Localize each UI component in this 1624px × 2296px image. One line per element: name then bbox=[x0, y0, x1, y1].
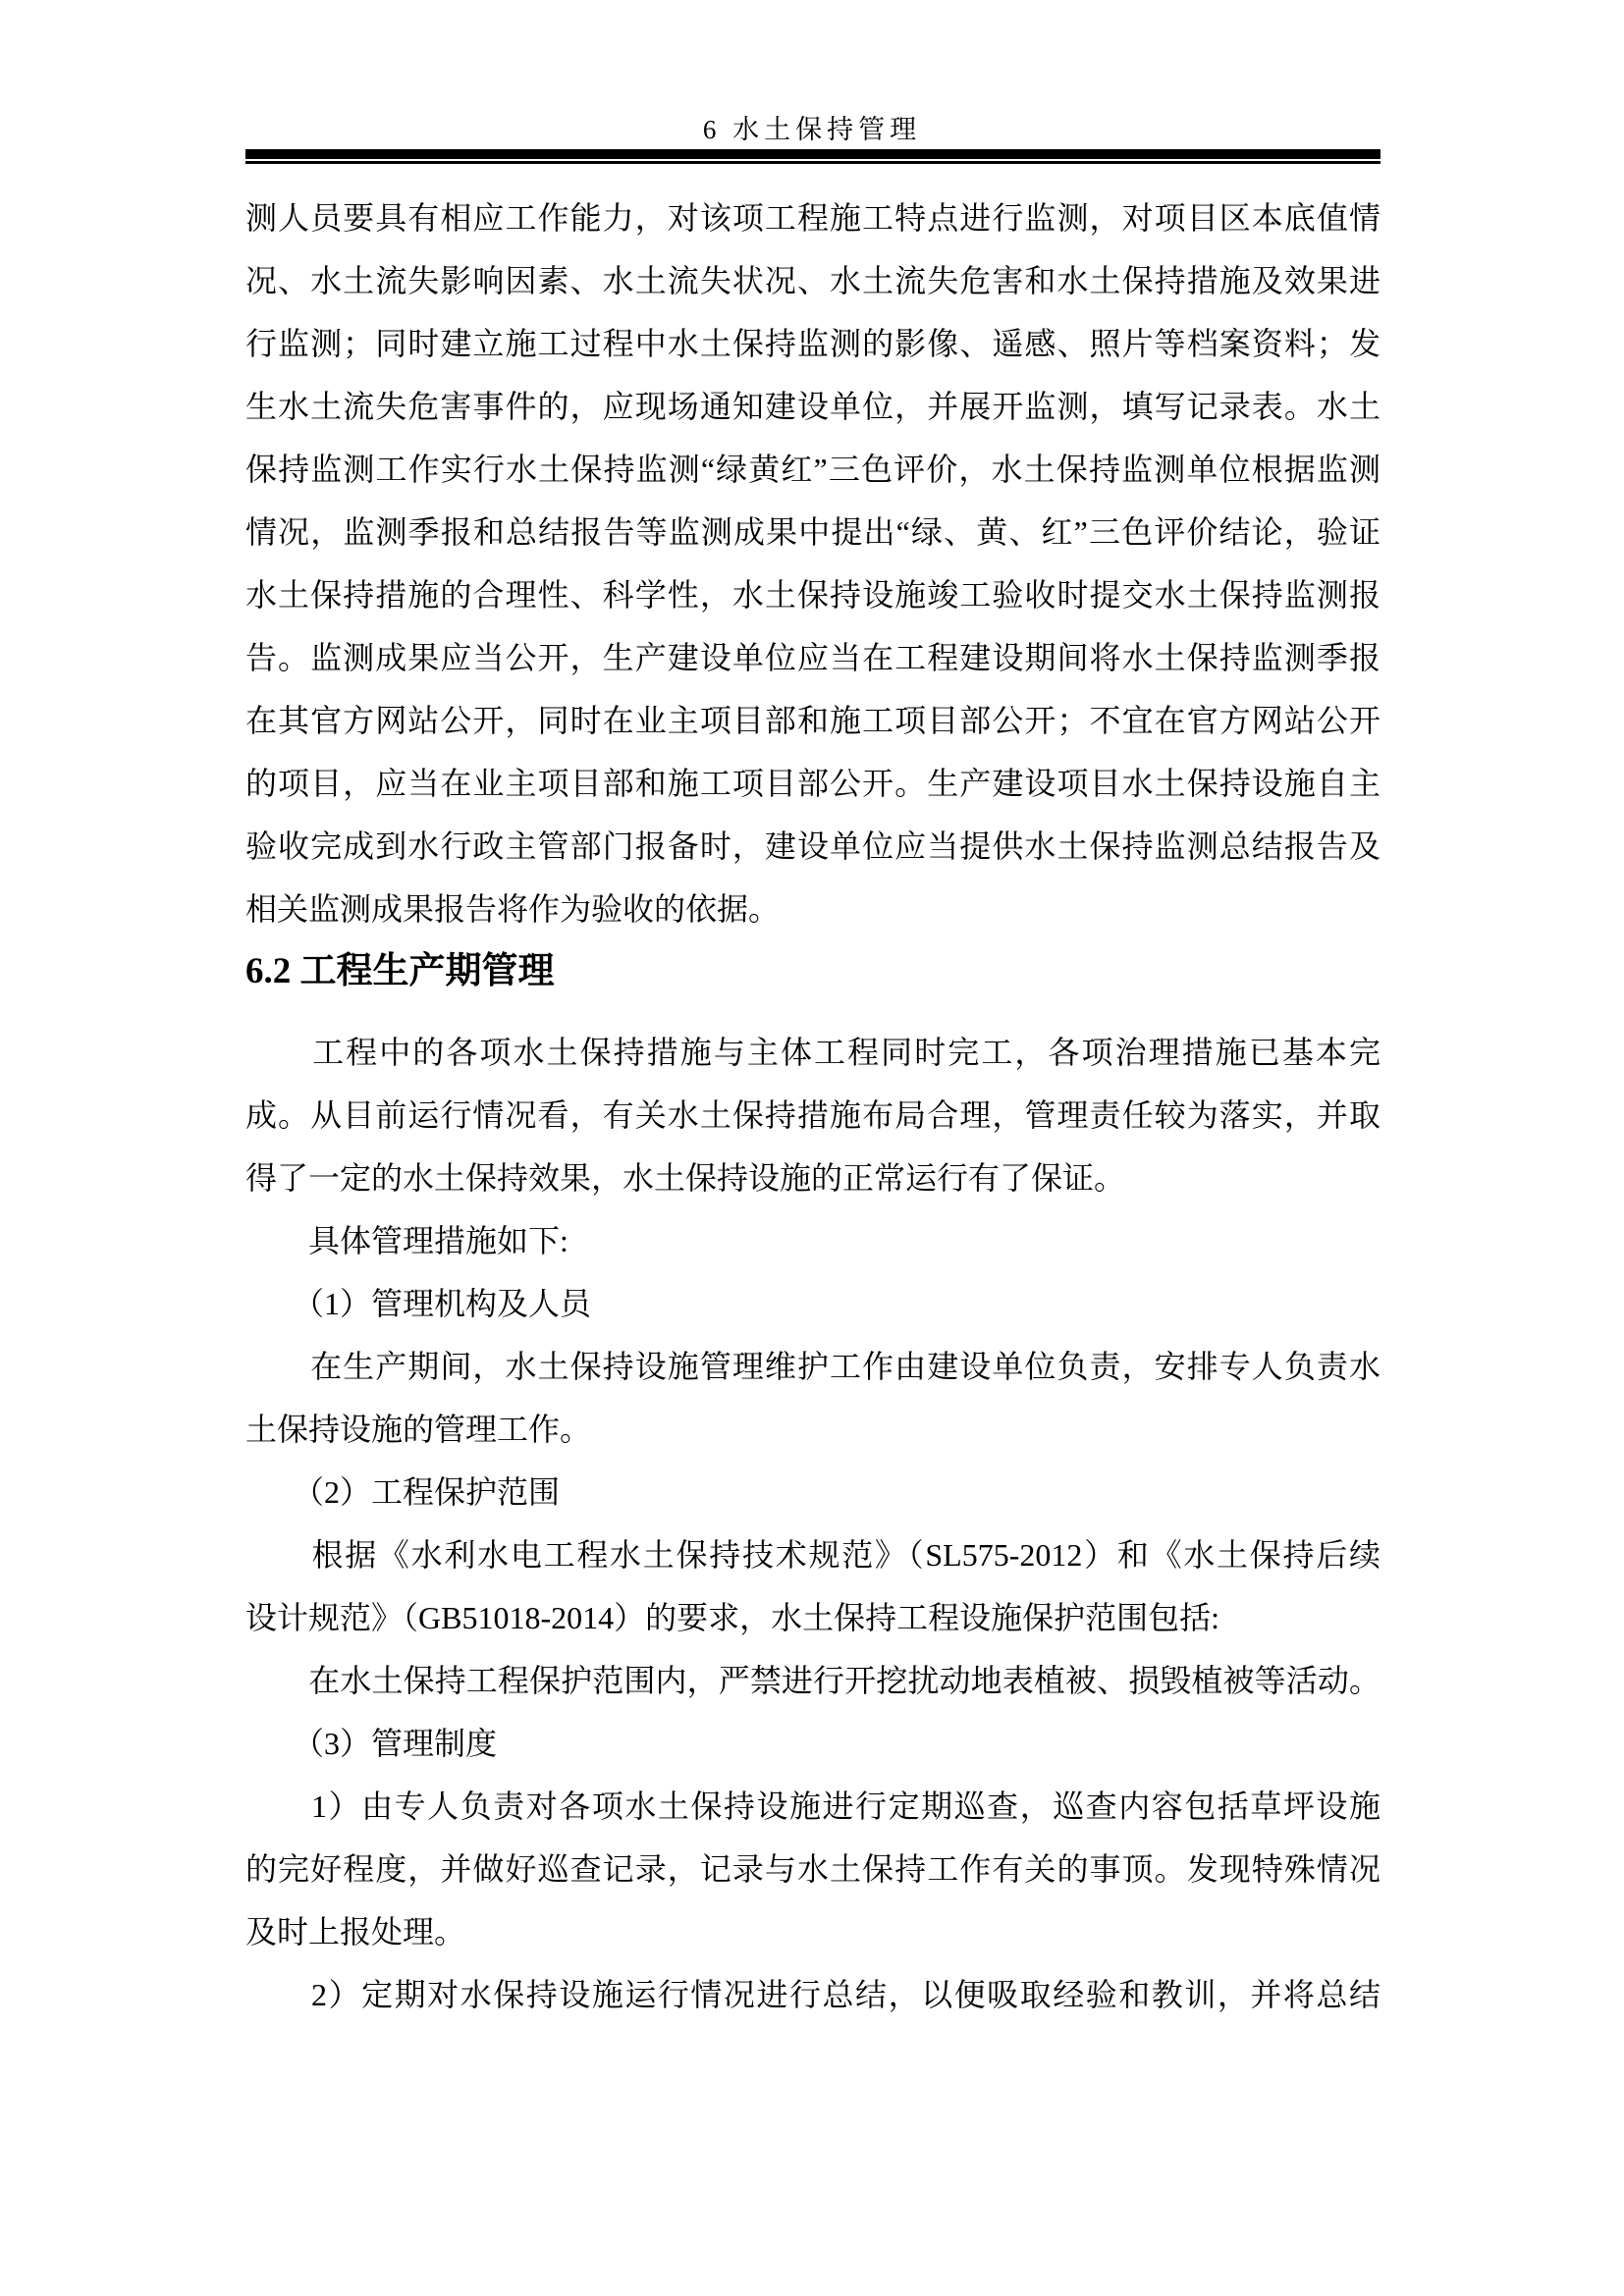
paragraph-line: 设计规范》（GB51018-2014）的要求，水土保持工程设施保护范围包括: bbox=[245, 1586, 1380, 1649]
paragraph-line: 工程中的各项水土保持措施与主体工程同时完工，各项治理措施已基本完 bbox=[245, 1021, 1380, 1084]
document-body: 测人员要具有相应工作能力，对该项工程施工特点进行监测，对项目区本底值情 况、水土… bbox=[245, 187, 1380, 2026]
section-heading: 6.2 工程生产期管理 bbox=[245, 940, 1380, 1003]
paragraph-line: 1）由专人负责对各项水土保持设施进行定期巡查，巡查内容包括草坪设施 bbox=[245, 1775, 1380, 1838]
header-rule bbox=[245, 149, 1380, 164]
paragraph-line: 测人员要具有相应工作能力，对该项工程施工特点进行监测，对项目区本底值情 bbox=[245, 187, 1380, 249]
paragraph-line: 在生产期间，水土保持设施管理维护工作由建设单位负责，安排专人负责水 bbox=[245, 1335, 1380, 1398]
paragraph-line: 成。从目前运行情况看，有关水土保持措施布局合理，管理责任较为落实，并取 bbox=[245, 1084, 1380, 1147]
paragraph-line: 况、水土流失影响因素、水土流失状况、水土流失危害和水土保持措施及效果进 bbox=[245, 249, 1380, 312]
paragraph-line: 生水土流失危害事件的，应现场通知建设单位，并展开监测，填写记录表。水土 bbox=[245, 375, 1380, 438]
header-title: 6 水土保持管理 bbox=[0, 110, 1624, 149]
paragraph-line: 相关监测成果报告将作为验收的依据。 bbox=[245, 878, 1380, 940]
paragraph-line: （3）管理制度 bbox=[245, 1712, 1380, 1775]
paragraph-line: 根据《水利水电工程水土保持技术规范》（SL575-2012）和《水土保持后续 bbox=[245, 1523, 1380, 1586]
paragraph-line: 告。监测成果应当公开，生产建设单位应当在工程建设期间将水土保持监测季报 bbox=[245, 626, 1380, 689]
document-page: 6 水土保持管理 测人员要具有相应工作能力，对该项工程施工特点进行监测，对项目区… bbox=[0, 0, 1624, 2296]
paragraph-line: （2）工程保护范围 bbox=[245, 1461, 1380, 1523]
paragraph-line: 的完好程度，并做好巡查记录，记录与水土保持工作有关的事顶。发现特殊情况 bbox=[245, 1838, 1380, 1900]
header-rule-thick-line bbox=[245, 149, 1380, 159]
paragraph-line: 得了一定的水土保持效果，水土保持设施的正常运行有了保证。 bbox=[245, 1147, 1380, 1209]
paragraph-line: 保持监测工作实行水土保持监测“绿黄红”三色评价，水土保持监测单位根据监测 bbox=[245, 438, 1380, 501]
paragraph-line: 情况，监测季报和总结报告等监测成果中提出“绿、黄、红”三色评价结论，验证 bbox=[245, 501, 1380, 563]
paragraph-line: 在水土保持工程保护范围内，严禁进行开挖扰动地表植被、损毁植被等活动。 bbox=[245, 1649, 1380, 1712]
paragraph-line: 土保持设施的管理工作。 bbox=[245, 1398, 1380, 1461]
paragraph-line: 水土保持措施的合理性、科学性，水土保持设施竣工验收时提交水土保持监测报 bbox=[245, 563, 1380, 626]
paragraph-line: 在其官方网站公开，同时在业主项目部和施工项目部公开；不宜在官方网站公开 bbox=[245, 689, 1380, 752]
paragraph-line: 2）定期对水保持设施运行情况进行总结，以便吸取经验和教训，并将总结 bbox=[245, 1963, 1380, 2026]
paragraph-line: （1）管理机构及人员 bbox=[245, 1272, 1380, 1335]
paragraph-line: 行监测；同时建立施工过程中水土保持监测的影像、遥感、照片等档案资料；发 bbox=[245, 312, 1380, 375]
paragraph-line: 及时上报处理。 bbox=[245, 1900, 1380, 1963]
paragraph-line: 验收完成到水行政主管部门报备时，建设单位应当提供水土保持监测总结报告及 bbox=[245, 815, 1380, 878]
header-rule-thin-line bbox=[245, 161, 1380, 164]
paragraph-line: 的项目，应当在业主项目部和施工项目部公开。生产建设项目水土保持设施自主 bbox=[245, 752, 1380, 815]
paragraph-line: 具体管理措施如下: bbox=[245, 1209, 1380, 1272]
